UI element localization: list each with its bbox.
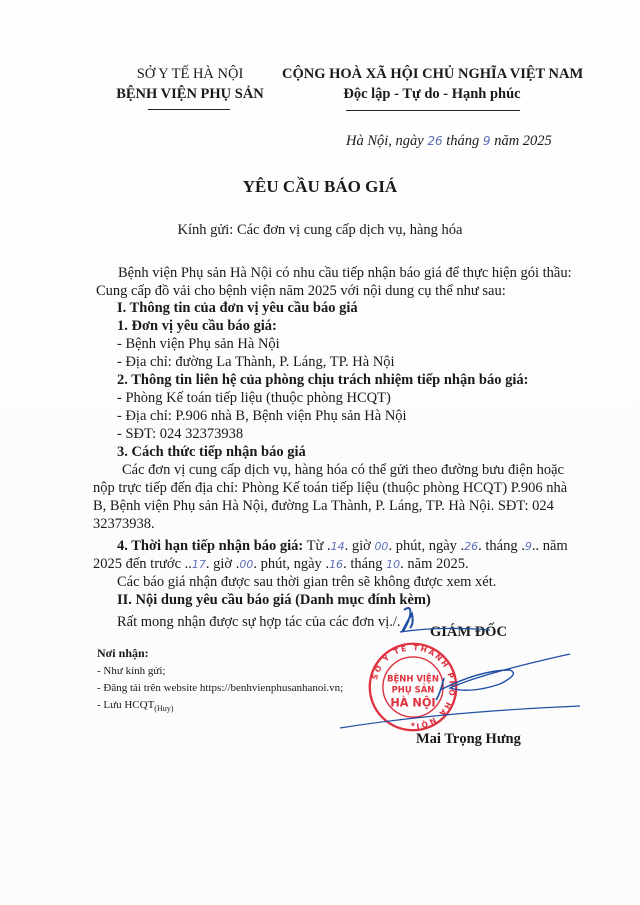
handwritten-signature-icon	[340, 600, 580, 750]
list-item: - Địa chỉ: đường La Thành, P. Láng, TP. …	[117, 354, 395, 371]
ministry-name: SỞ Y TẾ HÀ NỘI	[100, 66, 280, 83]
deadline-line-1: 4. Thời hạn tiếp nhận báo giá: Từ .14. g…	[117, 538, 568, 555]
deadline-line-2: 2025 đến trước ..17. giờ .00. phút, ngày…	[93, 556, 469, 573]
to-label: đến trước	[126, 556, 181, 572]
date-month: 9	[483, 134, 491, 148]
recipient-item: - Đăng tải trên website https://benhvien…	[97, 682, 343, 694]
section-1-1-heading: 1. Đơn vị yêu cầu báo giá:	[117, 318, 277, 335]
date-prefix: Hà Nội, ngày	[346, 133, 424, 149]
intro-line-2: Cung cấp đồ vải cho bệnh viện năm 2025 v…	[96, 283, 506, 300]
method-line-2: nộp trực tiếp đến địa chỉ: Phòng Kế toán…	[93, 480, 567, 497]
recipient-archive: - Lưu HCQT	[97, 699, 154, 711]
list-item: - SĐT: 024 32373938	[117, 426, 243, 443]
to-day: 16	[329, 558, 343, 571]
month-label: tháng	[350, 556, 382, 572]
signer-name: Mai Trọng Hưng	[416, 731, 521, 748]
section-1-2-heading: 2. Thông tin liên hệ của phòng chịu trác…	[117, 372, 528, 389]
document-page: SỞ Y TẾ HÀ NỘI BỆNH VIỆN PHỤ SẢN CỘNG HO…	[0, 0, 640, 905]
list-item: - Bệnh viện Phụ sản Hà Nội	[117, 336, 280, 353]
date-day: 26	[427, 134, 442, 148]
method-line-4: 32373938.	[93, 516, 155, 533]
list-item: - Địa chỉ: P.906 nhà B, Bệnh viện Phụ sả…	[117, 408, 407, 425]
hour-label: giờ	[352, 538, 371, 554]
to-minute: 00	[239, 558, 253, 571]
recipient-item: - Lưu HCQT(Huy)	[97, 699, 173, 713]
section-1-heading: I. Thông tin của đơn vị yêu cầu báo giá	[117, 300, 358, 317]
hospital-name: BỆNH VIỆN PHỤ SẢN	[100, 86, 280, 103]
from-day: 26	[464, 540, 478, 553]
from-label: Từ	[307, 538, 324, 554]
recipient-item: - Như kính gửi;	[97, 665, 165, 677]
date-line: Hà Nội, ngày 26 tháng 9 năm 2025	[346, 133, 552, 150]
to-month: 10	[386, 558, 400, 571]
method-line-3: B, Bệnh viện Phụ sản Hà Nội, đường La Th…	[93, 498, 554, 515]
deadline-note: Các báo giá nhận được sau thời gian trên…	[117, 574, 496, 591]
national-title: CỘNG HOÀ XÃ HỘI CHỦ NGHĨA VIỆT NAM	[282, 66, 582, 83]
from-year: 2025	[93, 556, 122, 572]
right-underline	[346, 110, 520, 111]
date-month-label: tháng	[446, 133, 479, 149]
to-hour: 17	[192, 558, 206, 571]
intro-line-1: Bệnh viện Phụ sản Hà Nội có nhu cầu tiếp…	[118, 265, 572, 282]
addressee: Kính gửi: Các đơn vị cung cấp dịch vụ, h…	[0, 222, 640, 239]
minute-label: phút, ngày	[261, 556, 322, 572]
section-1-3-heading: 3. Cách thức tiếp nhận báo giá	[117, 444, 306, 461]
to-year: năm 2025.	[407, 556, 468, 572]
method-line-1: Các đơn vị cung cấp dịch vụ, hàng hóa có…	[122, 462, 564, 479]
section-1-4-heading: 4. Thời hạn tiếp nhận báo giá:	[117, 538, 303, 554]
recipients-heading: Nơi nhận:	[97, 646, 149, 661]
minute-label: phút, ngày	[396, 538, 457, 554]
from-hour: 14	[331, 540, 345, 553]
from-month: 9	[525, 540, 532, 553]
from-minute: 00	[374, 540, 388, 553]
date-year: năm 2025	[494, 133, 552, 149]
list-item: - Phòng Kế toán tiếp liệu (thuộc phòng H…	[117, 390, 391, 407]
left-underline	[148, 109, 230, 110]
recipient-archive-sub: (Huy)	[154, 704, 173, 713]
year-label: năm	[543, 538, 568, 554]
month-label: tháng	[485, 538, 517, 554]
hour-label: giờ	[213, 556, 232, 572]
national-motto: Độc lập - Tự do - Hạnh phúc	[282, 86, 582, 103]
document-title: YÊU CẦU BÁO GIÁ	[0, 177, 640, 197]
